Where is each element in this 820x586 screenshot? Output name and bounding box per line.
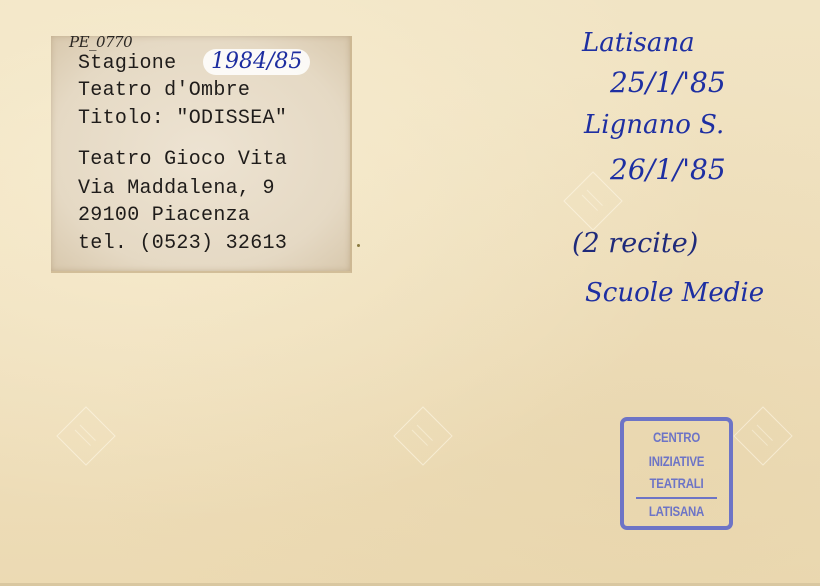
watermark-diamond-icon <box>393 406 452 465</box>
address-city: 29100 Piacenza <box>78 204 250 228</box>
stamp-location: LATISANA <box>633 503 719 519</box>
reference-number: PE_0770 <box>69 33 132 51</box>
handwritten-performances: (2 recite) <box>572 228 698 259</box>
stamp-line-3: TEATRALI <box>633 475 719 491</box>
handwritten-place-1: Latisana <box>582 28 695 58</box>
handwritten-date-1: 25/1/'85 <box>610 66 726 99</box>
organization-stamp: CENTRO INIZIATIVE TEATRALI LATISANA <box>620 417 733 530</box>
stamp-line-2: INIZIATIVE <box>633 453 719 469</box>
handwritten-place-2: Lignano S. <box>584 110 724 140</box>
handwritten-date-2: 26/1/'85 <box>610 153 726 186</box>
watermark-diamond-icon <box>733 406 792 465</box>
stamp-line-1: CENTRO <box>633 429 719 445</box>
ink-speck <box>357 244 360 247</box>
season-label: Stagione <box>78 52 176 76</box>
season-year: 1984/85 <box>203 49 310 75</box>
company-genre: Teatro d'Ombre <box>78 79 250 103</box>
telephone: tel. (0523) 32613 <box>78 232 287 256</box>
handwritten-audience: Scuole Medie <box>585 278 764 308</box>
stamp-divider <box>636 497 717 499</box>
typed-label: PE_0770 Stagione 1984/85 Teatro d'Ombre … <box>51 36 352 273</box>
company-name: Teatro Gioco Vita <box>78 148 287 172</box>
address-street: Via Maddalena, 9 <box>78 177 275 201</box>
photo-back-card: PE_0770 Stagione 1984/85 Teatro d'Ombre … <box>0 0 820 586</box>
show-title: Titolo: "ODISSEA" <box>78 107 287 131</box>
watermark-diamond-icon <box>56 406 115 465</box>
